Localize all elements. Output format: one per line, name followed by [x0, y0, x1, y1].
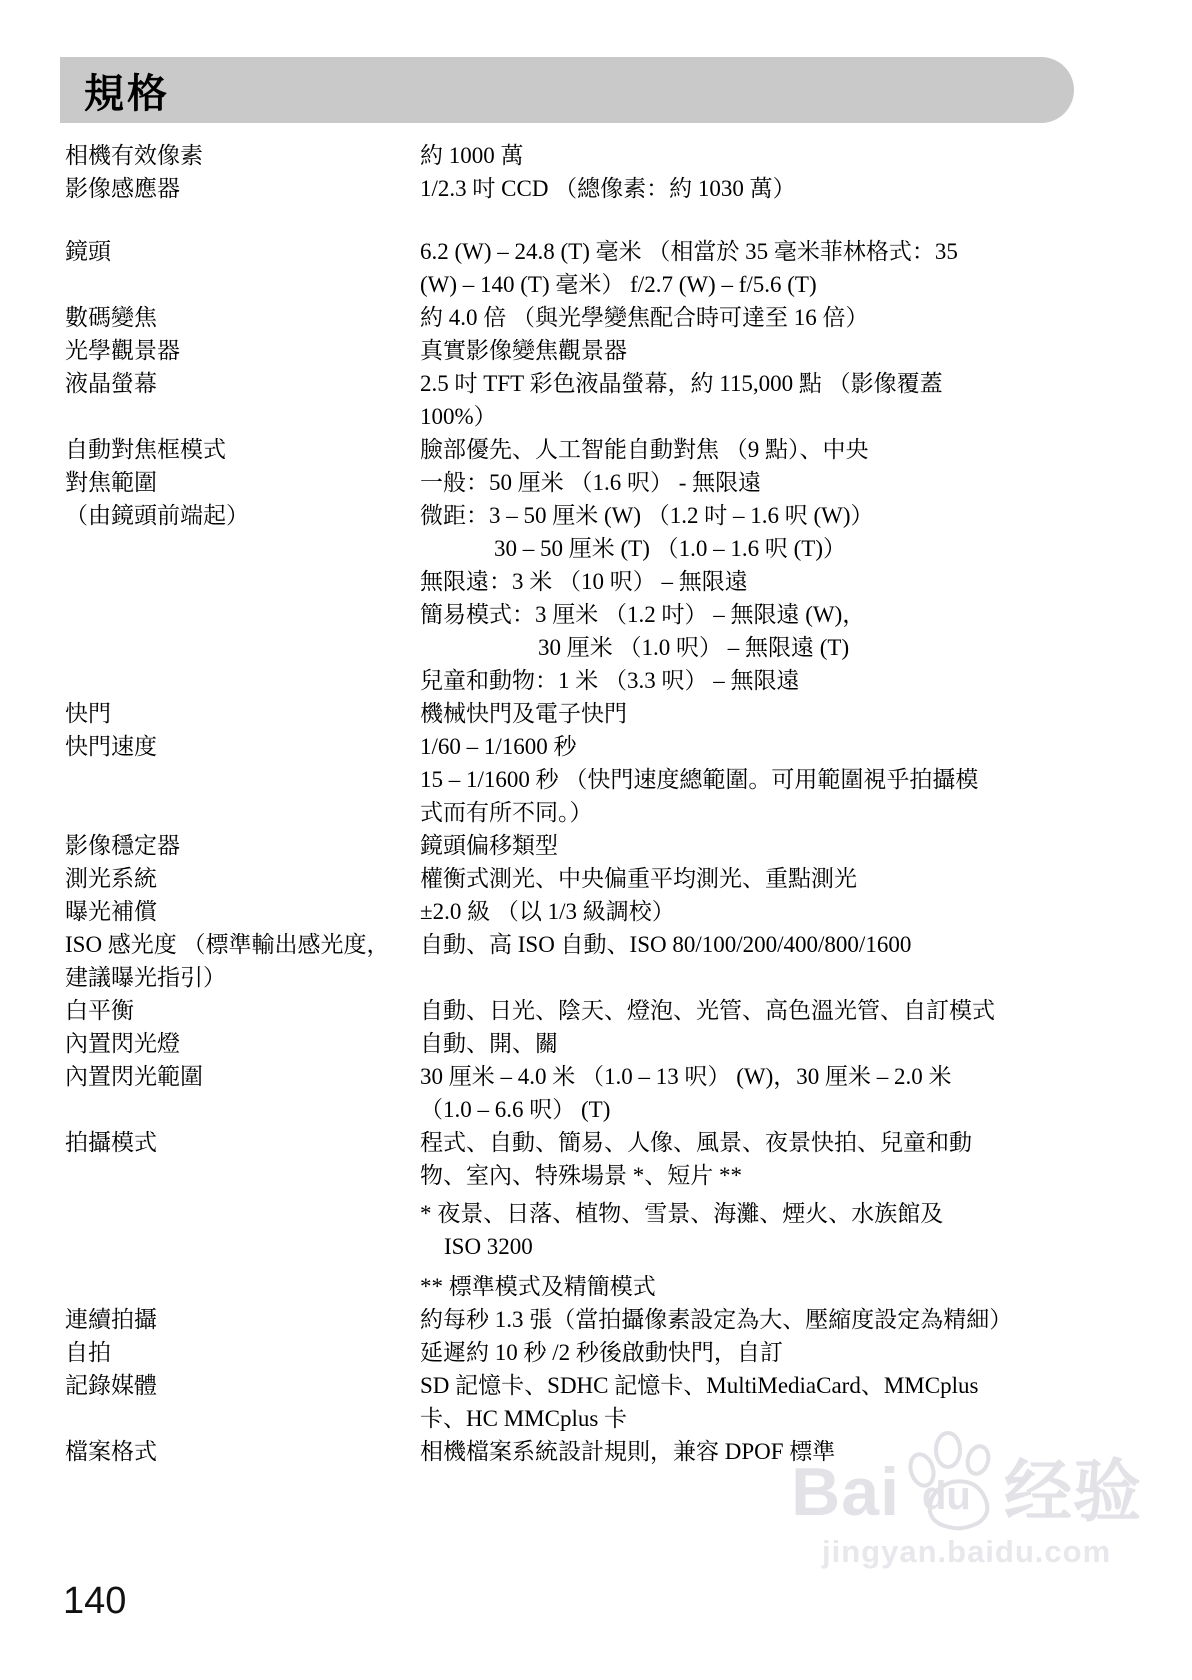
spec-value-line: 自動、開、關 [420, 1027, 1129, 1060]
spec-value-line: 1/2.3 吋 CCD （總像素：約 1030 萬） [420, 172, 1129, 205]
spec-label-line: 數碼變焦 [65, 301, 420, 334]
spec-row: 內置閃光燈自動、開、關 [65, 1027, 1129, 1060]
spec-label-line: 自拍 [65, 1336, 420, 1369]
spec-row: ISO 感光度 （標準輸出感光度，建議曝光指引）自動、高 ISO 自動、ISO … [65, 928, 1129, 994]
spec-value-line: 簡易模式：3 厘米 （1.2 吋） – 無限遠 (W)， [420, 598, 1129, 631]
spec-table: 相機有效像素約 1000 萬影像感應器1/2.3 吋 CCD （總像素：約 10… [65, 139, 1129, 1468]
spec-row: 測光系統權衡式測光、中央偏重平均測光、重點測光 [65, 862, 1129, 895]
spec-label: 光學觀景器 [65, 334, 420, 367]
spec-value: 6.2 (W) – 24.8 (T) 毫米 （相當於 35 毫米菲林格式：35(… [420, 235, 1129, 301]
spec-row: 連續拍攝約每秒 1.3 張（當拍攝像素設定為大、壓縮度設定為精細） [65, 1303, 1129, 1336]
spec-value: 機械快門及電子快門 [420, 697, 1129, 730]
spec-value-line: （1.0 – 6.6 呎） (T) [420, 1093, 1129, 1126]
section-header-bar: 規格 [60, 57, 1074, 123]
spec-value-line: SD 記憶卡、SDHC 記憶卡、MultiMediaCard、MMCplus [420, 1369, 1129, 1402]
spec-label-line: ISO 感光度 （標準輸出感光度， [65, 928, 420, 961]
spec-label-line: 影像穩定器 [65, 829, 420, 862]
baidu-logo-du: du [922, 1476, 971, 1516]
spec-value-line: 相機檔案系統設計規則，兼容 DPOF 標準 [420, 1435, 1129, 1468]
spec-value: 30 厘米 – 4.0 米 （1.0 – 13 呎） (W)，30 厘米 – 2… [420, 1060, 1129, 1126]
spec-row: 白平衡自動、日光、陰天、燈泡、光管、高色溫光管、自訂模式 [65, 994, 1129, 1027]
spec-row: 曝光補償±2.0 級 （以 1/3 級調校） [65, 895, 1129, 928]
spec-value: 1/2.3 吋 CCD （總像素：約 1030 萬） [420, 172, 1129, 205]
spec-row: 對焦範圍（由鏡頭前端起）一般：50 厘米 （1.6 呎） - 無限遠微距：3 –… [65, 466, 1129, 697]
spec-value-line: ** 標準模式及精簡模式 [420, 1270, 1129, 1303]
spec-label-line: 拍攝模式 [65, 1126, 420, 1159]
spec-value: 一般：50 厘米 （1.6 呎） - 無限遠微距：3 – 50 厘米 (W) （… [420, 466, 1129, 697]
spec-value-line: 約 4.0 倍 （與光學變焦配合時可達至 16 倍） [420, 301, 1129, 334]
spec-value-line: 100%） [420, 400, 1129, 433]
spec-value-line: 延遲約 10 秒 /2 秒後啟動快門，自訂 [420, 1336, 1129, 1369]
spec-value: 臉部優先、人工智能自動對焦 （9 點）、中央 [420, 433, 1129, 466]
spec-value: 約 1000 萬 [420, 139, 1129, 172]
spec-label: 快門 [65, 697, 420, 730]
spec-value-line: 30 厘米 （1.0 呎） – 無限遠 (T) [420, 631, 1129, 664]
spec-label: 測光系統 [65, 862, 420, 895]
spec-value-line: 真實影像變焦觀景器 [420, 334, 1129, 367]
spec-value-line: 約每秒 1.3 張（當拍攝像素設定為大、壓縮度設定為精細） [420, 1303, 1129, 1336]
spec-label: ISO 感光度 （標準輸出感光度，建議曝光指引） [65, 928, 420, 994]
spec-row: 拍攝模式程式、自動、簡易、人像、風景、夜景快拍、兒童和動物、室內、特殊場景 *、… [65, 1126, 1129, 1303]
spec-value: 自動、開、關 [420, 1027, 1129, 1060]
spec-label: 自動對焦框模式 [65, 433, 420, 466]
spec-row: 數碼變焦約 4.0 倍 （與光學變焦配合時可達至 16 倍） [65, 301, 1129, 334]
spec-value-line: 微距：3 – 50 厘米 (W) （1.2 吋 – 1.6 呎 (W)） [420, 499, 1129, 532]
spec-label-line: 光學觀景器 [65, 334, 420, 367]
spec-value-line: 自動、日光、陰天、燈泡、光管、高色溫光管、自訂模式 [420, 994, 1129, 1027]
spec-value: 相機檔案系統設計規則，兼容 DPOF 標準 [420, 1435, 1129, 1468]
spec-label-line: 建議曝光指引） [65, 961, 420, 994]
spec-value: 自動、日光、陰天、燈泡、光管、高色溫光管、自訂模式 [420, 994, 1129, 1027]
spec-value: 約 4.0 倍 （與光學變焦配合時可達至 16 倍） [420, 301, 1129, 334]
spec-value-line: 物、室內、特殊場景 *、短片 ** [420, 1159, 1129, 1192]
spec-label-line: 自動對焦框模式 [65, 433, 420, 466]
spec-value: 真實影像變焦觀景器 [420, 334, 1129, 367]
spec-value-line: 臉部優先、人工智能自動對焦 （9 點）、中央 [420, 433, 1129, 466]
spec-label: 連續拍攝 [65, 1303, 420, 1336]
spec-label-line: 白平衡 [65, 994, 420, 1027]
spec-label-line: 曝光補償 [65, 895, 420, 928]
spec-value: 約每秒 1.3 張（當拍攝像素設定為大、壓縮度設定為精細） [420, 1303, 1129, 1336]
watermark-url: jingyan.baidu.com [791, 1534, 1142, 1570]
baidu-logo-bai: Bai [791, 1458, 900, 1526]
spec-label: 快門速度 [65, 730, 420, 763]
spec-label: 自拍 [65, 1336, 420, 1369]
spec-label: 內置閃光範圍 [65, 1060, 420, 1093]
spec-value-line: 2.5 吋 TFT 彩色液晶螢幕，約 115,000 點 （影像覆蓋 [420, 367, 1129, 400]
page-title: 規格 [84, 62, 170, 119]
baidu-logo-jingyan: 经验 [1004, 1458, 1142, 1526]
spec-label: 數碼變焦 [65, 301, 420, 334]
spec-value-line: ISO 3200 [420, 1230, 1129, 1263]
spec-label: 檔案格式 [65, 1435, 420, 1468]
spec-value-line: 30 厘米 – 4.0 米 （1.0 – 13 呎） (W)，30 厘米 – 2… [420, 1060, 1129, 1093]
spec-value-line: 卡、HC MMCplus 卡 [420, 1402, 1129, 1435]
spec-label-line: 液晶螢幕 [65, 367, 420, 400]
spec-row: 鏡頭6.2 (W) – 24.8 (T) 毫米 （相當於 35 毫米菲林格式：3… [65, 235, 1129, 301]
spec-label: 影像感應器 [65, 172, 420, 205]
spec-value-line: 式而有所不同。） [420, 796, 1129, 829]
spec-value-line: * 夜景、日落、植物、雪景、海灘、煙火、水族館及 [420, 1197, 1129, 1230]
spec-value-line: ±2.0 級 （以 1/3 級調校） [420, 895, 1129, 928]
spec-value-line: 1/60 – 1/1600 秒 [420, 730, 1129, 763]
spec-row: 檔案格式相機檔案系統設計規則，兼容 DPOF 標準 [65, 1435, 1129, 1468]
spec-label: 內置閃光燈 [65, 1027, 420, 1060]
spec-value-line: 權衡式測光、中央偏重平均測光、重點測光 [420, 862, 1129, 895]
spec-label-line: 內置閃光範圍 [65, 1060, 420, 1093]
spec-value-line: 程式、自動、簡易、人像、風景、夜景快拍、兒童和動 [420, 1126, 1129, 1159]
spec-label-line: 內置閃光燈 [65, 1027, 420, 1060]
spec-label: 記錄媒體 [65, 1369, 420, 1402]
spec-value: 自動、高 ISO 自動、ISO 80/100/200/400/800/1600 [420, 928, 1129, 961]
spec-label-line: 連續拍攝 [65, 1303, 420, 1336]
spec-label-line: （由鏡頭前端起） [65, 499, 420, 532]
spec-row: 液晶螢幕2.5 吋 TFT 彩色液晶螢幕，約 115,000 點 （影像覆蓋10… [65, 367, 1129, 433]
spec-value-line: 自動、高 ISO 自動、ISO 80/100/200/400/800/1600 [420, 928, 1129, 961]
spec-value-line: 15 – 1/1600 秒 （快門速度總範圍。可用範圍視乎拍攝模 [420, 763, 1129, 796]
spec-label-line: 相機有效像素 [65, 139, 420, 172]
spec-label: 拍攝模式 [65, 1126, 420, 1159]
page-number: 140 [63, 1580, 126, 1623]
spec-value-line: 一般：50 厘米 （1.6 呎） - 無限遠 [420, 466, 1129, 499]
spec-row: 自動對焦框模式臉部優先、人工智能自動對焦 （9 點）、中央 [65, 433, 1129, 466]
spec-value-line: 6.2 (W) – 24.8 (T) 毫米 （相當於 35 毫米菲林格式：35 [420, 235, 1129, 268]
spec-value: 1/60 – 1/1600 秒15 – 1/1600 秒 （快門速度總範圍。可用… [420, 730, 1129, 829]
spec-value-line: 30 – 50 厘米 (T) （1.0 – 1.6 呎 (T)） [420, 532, 1129, 565]
spec-label: 對焦範圍（由鏡頭前端起） [65, 466, 420, 532]
spec-value: 權衡式測光、中央偏重平均測光、重點測光 [420, 862, 1129, 895]
spec-label: 相機有效像素 [65, 139, 420, 172]
spec-row: 快門機械快門及電子快門 [65, 697, 1129, 730]
spec-label-line: 記錄媒體 [65, 1369, 420, 1402]
spec-label-line: 對焦範圍 [65, 466, 420, 499]
spec-row: 快門速度1/60 – 1/1600 秒15 – 1/1600 秒 （快門速度總範… [65, 730, 1129, 829]
spec-value: 延遲約 10 秒 /2 秒後啟動快門，自訂 [420, 1336, 1129, 1369]
spec-value-line: 兒童和動物：1 米 （3.3 呎） – 無限遠 [420, 664, 1129, 697]
spec-row: 記錄媒體SD 記憶卡、SDHC 記憶卡、MultiMediaCard、MMCpl… [65, 1369, 1129, 1435]
spec-label: 液晶螢幕 [65, 367, 420, 400]
spec-row: 影像穩定器鏡頭偏移類型 [65, 829, 1129, 862]
spec-value: ±2.0 級 （以 1/3 級調校） [420, 895, 1129, 928]
spec-value-line: 鏡頭偏移類型 [420, 829, 1129, 862]
spec-row: 內置閃光範圍30 厘米 – 4.0 米 （1.0 – 13 呎） (W)，30 … [65, 1060, 1129, 1126]
spec-value: 2.5 吋 TFT 彩色液晶螢幕，約 115,000 點 （影像覆蓋100%） [420, 367, 1129, 433]
spec-label: 白平衡 [65, 994, 420, 1027]
spec-value-line: 約 1000 萬 [420, 139, 1129, 172]
spec-row: 光學觀景器真實影像變焦觀景器 [65, 334, 1129, 367]
spec-value-line: 無限遠：3 米 （10 呎） – 無限遠 [420, 565, 1129, 598]
spec-row: 影像感應器1/2.3 吋 CCD （總像素：約 1030 萬） [65, 172, 1129, 205]
spec-label-line: 測光系統 [65, 862, 420, 895]
spec-label: 曝光補償 [65, 895, 420, 928]
spec-value: 程式、自動、簡易、人像、風景、夜景快拍、兒童和動物、室內、特殊場景 *、短片 *… [420, 1126, 1129, 1303]
spec-label-line: 快門 [65, 697, 420, 730]
spec-row: 自拍延遲約 10 秒 /2 秒後啟動快門，自訂 [65, 1336, 1129, 1369]
spec-value: 鏡頭偏移類型 [420, 829, 1129, 862]
spec-label-line: 快門速度 [65, 730, 420, 763]
spec-row: 相機有效像素約 1000 萬 [65, 139, 1129, 172]
spec-label-line: 鏡頭 [65, 235, 420, 268]
spec-label: 影像穩定器 [65, 829, 420, 862]
spec-value-line: 機械快門及電子快門 [420, 697, 1129, 730]
spec-label: 鏡頭 [65, 235, 420, 268]
spec-label-line: 檔案格式 [65, 1435, 420, 1468]
spec-value: SD 記憶卡、SDHC 記憶卡、MultiMediaCard、MMCplus卡、… [420, 1369, 1129, 1435]
spec-value-line: (W) – 140 (T) 毫米） f/2.7 (W) – f/5.6 (T) [420, 268, 1129, 301]
spec-label-line: 影像感應器 [65, 172, 420, 205]
